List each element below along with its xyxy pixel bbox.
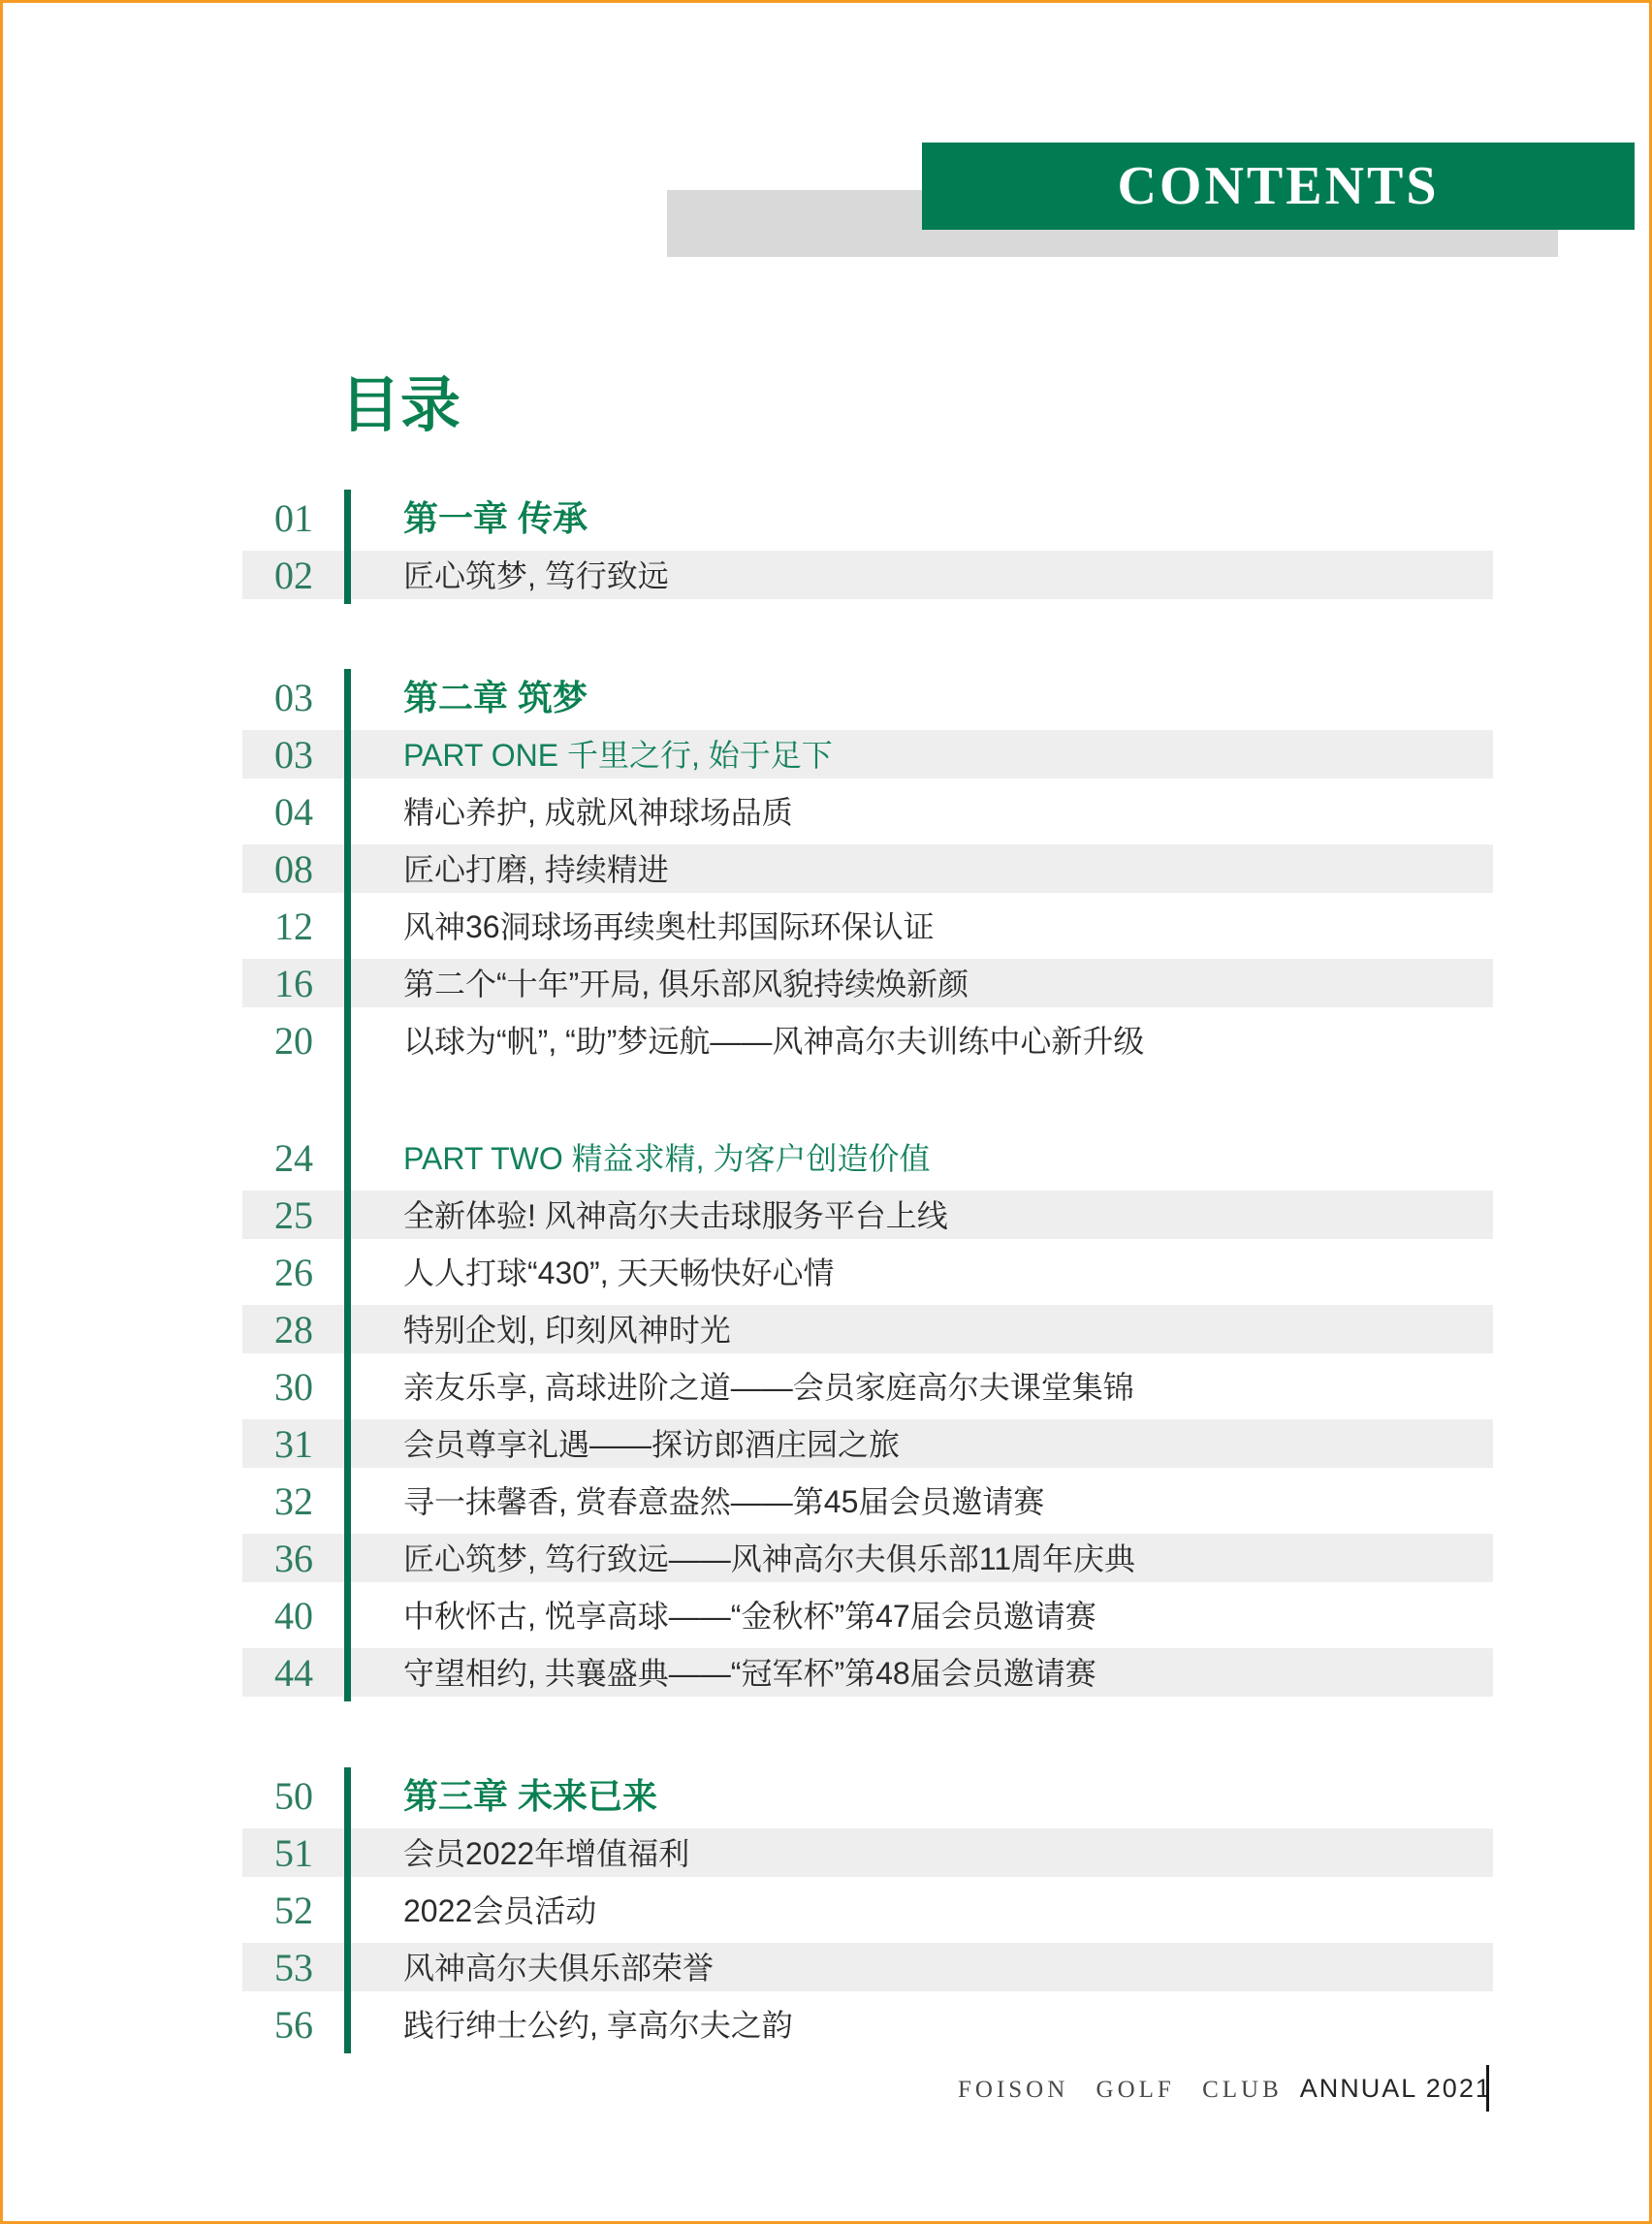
toc-row-number: 53 bbox=[242, 1949, 313, 1987]
toc-row-title: 风神高尔夫俱乐部荣誉 bbox=[403, 1953, 714, 1984]
toc-row[interactable]: 28特别企划, 印刻风神时光 bbox=[242, 1301, 1493, 1358]
toc-section-chapter-3: 50第三章 未来已来51会员2022年增值福利522022会员活动53风神高尔夫… bbox=[242, 1767, 1493, 2053]
toc-row-title: 守望相约, 共襄盛典——“冠军杯”第48届会员邀请赛 bbox=[403, 1658, 1096, 1689]
toc-row-number: 04 bbox=[242, 793, 313, 832]
toc-row-title: 第三章 未来已来 bbox=[403, 1779, 657, 1814]
toc-row[interactable]: 01第一章 传承 bbox=[242, 490, 1493, 547]
toc-row-title: PART ONE 千里之行, 始于足下 bbox=[403, 740, 833, 771]
toc-row-number: 20 bbox=[242, 1022, 313, 1061]
toc-row-title: 以球为“帆”, “助”梦远航——风神高尔夫训练中心新升级 bbox=[403, 1026, 1144, 1057]
section-bar bbox=[344, 1767, 351, 2053]
toc-row-title: 精心养护, 成就风神球场品质 bbox=[403, 797, 793, 828]
toc-group: 24PART TWO 精益求精, 为客户创造价值25全新体验! 风神高尔夫击球服… bbox=[242, 1129, 1493, 1701]
toc-row-title: 第一章 传承 bbox=[403, 501, 588, 536]
toc-row-title: 亲友乐享, 高球进阶之道——会员家庭高尔夫课堂集锦 bbox=[403, 1372, 1134, 1403]
toc-row-title: 第二个“十年”开局, 俱乐部风貌持续焕新颜 bbox=[403, 969, 969, 1000]
toc-row-number: 25 bbox=[242, 1196, 313, 1235]
toc-row-title: 匠心筑梦, 笃行致远——风神高尔夫俱乐部11周年庆典 bbox=[403, 1543, 1135, 1574]
toc-row-number: 26 bbox=[242, 1254, 313, 1292]
toc-row-number: 16 bbox=[242, 965, 313, 1003]
toc-row-title: 风神36洞球场再续奥杜邦国际环保认证 bbox=[403, 911, 935, 942]
toc-row-title: 匠心打磨, 持续精进 bbox=[403, 854, 669, 885]
toc-row[interactable]: 36匠心筑梦, 笃行致远——风神高尔夫俱乐部11周年庆典 bbox=[242, 1530, 1493, 1587]
toc-page: CONTENTS 目录 01第一章 传承02匠心筑梦, 笃行致远 03第二章 筑… bbox=[0, 0, 1652, 2224]
toc-row-title: 人人打球“430”, 天天畅快好心情 bbox=[403, 1257, 835, 1288]
toc-row-title: 2022会员活动 bbox=[403, 1895, 596, 1926]
toc-row-title: 践行绅士公约, 享高尔夫之韵 bbox=[403, 2010, 793, 2041]
toc-row-title: 会员2022年增值福利 bbox=[403, 1838, 689, 1869]
toc-row[interactable]: 16第二个“十年”开局, 俱乐部风貌持续焕新颜 bbox=[242, 955, 1493, 1012]
toc-row[interactable]: 03第二章 筑梦 bbox=[242, 669, 1493, 726]
toc-row[interactable]: 40中秋怀古, 悦享高球——“金秋杯”第47届会员邀请赛 bbox=[242, 1587, 1493, 1644]
toc-row-title: 中秋怀古, 悦享高球——“金秋杯”第47届会员邀请赛 bbox=[403, 1601, 1096, 1632]
toc-row-title: 匠心筑梦, 笃行致远 bbox=[403, 560, 669, 591]
toc-row[interactable]: 08匠心打磨, 持续精进 bbox=[242, 841, 1493, 898]
toc-row-number: 31 bbox=[242, 1425, 313, 1464]
toc-row[interactable]: 04精心养护, 成就风神球场品质 bbox=[242, 783, 1493, 841]
contents-banner-label: CONTENTS bbox=[1117, 159, 1439, 213]
toc-row-title: 第二章 筑梦 bbox=[403, 681, 588, 715]
toc-row[interactable]: 02匠心筑梦, 笃行致远 bbox=[242, 547, 1493, 604]
footer-divider-line bbox=[1486, 2065, 1489, 2112]
toc-row[interactable]: 24PART TWO 精益求精, 为客户创造价值 bbox=[242, 1129, 1493, 1187]
footer: FOISON GOLF CLUB ANNUAL 2021 bbox=[958, 2074, 1492, 2104]
toc-row[interactable]: 50第三章 未来已来 bbox=[242, 1767, 1493, 1825]
toc-row[interactable]: 30亲友乐享, 高球进阶之道——会员家庭高尔夫课堂集锦 bbox=[242, 1358, 1493, 1415]
toc-row-number: 40 bbox=[242, 1597, 313, 1636]
toc-row-number: 44 bbox=[242, 1654, 313, 1693]
toc-row-title: 会员尊享礼遇——探访郎酒庄园之旅 bbox=[403, 1429, 900, 1460]
toc-row[interactable]: 25全新体验! 风神高尔夫击球服务平台上线 bbox=[242, 1187, 1493, 1244]
toc-row[interactable]: 56践行绅士公约, 享高尔夫之韵 bbox=[242, 1996, 1493, 2053]
toc-row-number: 01 bbox=[242, 499, 313, 538]
toc-row[interactable]: 51会员2022年增值福利 bbox=[242, 1825, 1493, 1882]
toc-row-number: 03 bbox=[242, 679, 313, 717]
toc-row[interactable]: 20以球为“帆”, “助”梦远航——风神高尔夫训练中心新升级 bbox=[242, 1012, 1493, 1069]
toc-row[interactable]: 32寻一抹馨香, 赏春意盎然——第45届会员邀请赛 bbox=[242, 1473, 1493, 1530]
toc-row-number: 51 bbox=[242, 1834, 313, 1873]
toc-row-number: 03 bbox=[242, 736, 313, 775]
toc-row-number: 02 bbox=[242, 556, 313, 595]
toc-row[interactable]: 522022会员活动 bbox=[242, 1882, 1493, 1939]
toc-row-number: 08 bbox=[242, 850, 313, 889]
toc-row-title: 全新体验! 风神高尔夫击球服务平台上线 bbox=[403, 1200, 948, 1231]
page-title: 目录 bbox=[340, 373, 461, 439]
section-bar bbox=[344, 490, 351, 604]
toc-row-number: 56 bbox=[242, 2006, 313, 2045]
contents-banner: CONTENTS bbox=[922, 143, 1635, 230]
toc-row-number: 12 bbox=[242, 907, 313, 946]
toc-row[interactable]: 12风神36洞球场再续奥杜邦国际环保认证 bbox=[242, 898, 1493, 955]
toc-row[interactable]: 26人人打球“430”, 天天畅快好心情 bbox=[242, 1244, 1493, 1301]
toc-group: 50第三章 未来已来51会员2022年增值福利522022会员活动53风神高尔夫… bbox=[242, 1767, 1493, 2053]
toc-group: 01第一章 传承02匠心筑梦, 笃行致远 bbox=[242, 490, 1493, 604]
toc-row-number: 52 bbox=[242, 1891, 313, 1930]
toc-row-number: 36 bbox=[242, 1540, 313, 1578]
toc-group: 03第二章 筑梦03PART ONE 千里之行, 始于足下04精心养护, 成就风… bbox=[242, 669, 1493, 1069]
toc-section-chapter-1: 01第一章 传承02匠心筑梦, 笃行致远 bbox=[242, 490, 1493, 604]
footer-club-name: FOISON GOLF CLUB bbox=[958, 2077, 1283, 2104]
toc-row[interactable]: 44守望相约, 共襄盛典——“冠军杯”第48届会员邀请赛 bbox=[242, 1644, 1493, 1701]
toc-row-title: PART TWO 精益求精, 为客户创造价值 bbox=[403, 1143, 930, 1174]
toc-row-title: 特别企划, 印刻风神时光 bbox=[403, 1315, 731, 1346]
toc-row-number: 30 bbox=[242, 1368, 313, 1407]
toc-row[interactable]: 53风神高尔夫俱乐部荣誉 bbox=[242, 1939, 1493, 1996]
toc-row-number: 32 bbox=[242, 1482, 313, 1521]
toc-row-number: 24 bbox=[242, 1139, 313, 1178]
toc-row[interactable]: 31会员尊享礼遇——探访郎酒庄园之旅 bbox=[242, 1415, 1493, 1473]
toc-row[interactable]: 03PART ONE 千里之行, 始于足下 bbox=[242, 726, 1493, 783]
toc-row-title: 寻一抹馨香, 赏春意盎然——第45届会员邀请赛 bbox=[403, 1486, 1044, 1517]
toc-section-chapter-2: 03第二章 筑梦03PART ONE 千里之行, 始于足下04精心养护, 成就风… bbox=[242, 669, 1493, 1701]
section-bar bbox=[344, 669, 351, 1701]
toc-row-number: 50 bbox=[242, 1777, 313, 1816]
toc-row-number: 28 bbox=[242, 1311, 313, 1350]
footer-annual-label: ANNUAL 2021 bbox=[1300, 2074, 1492, 2104]
